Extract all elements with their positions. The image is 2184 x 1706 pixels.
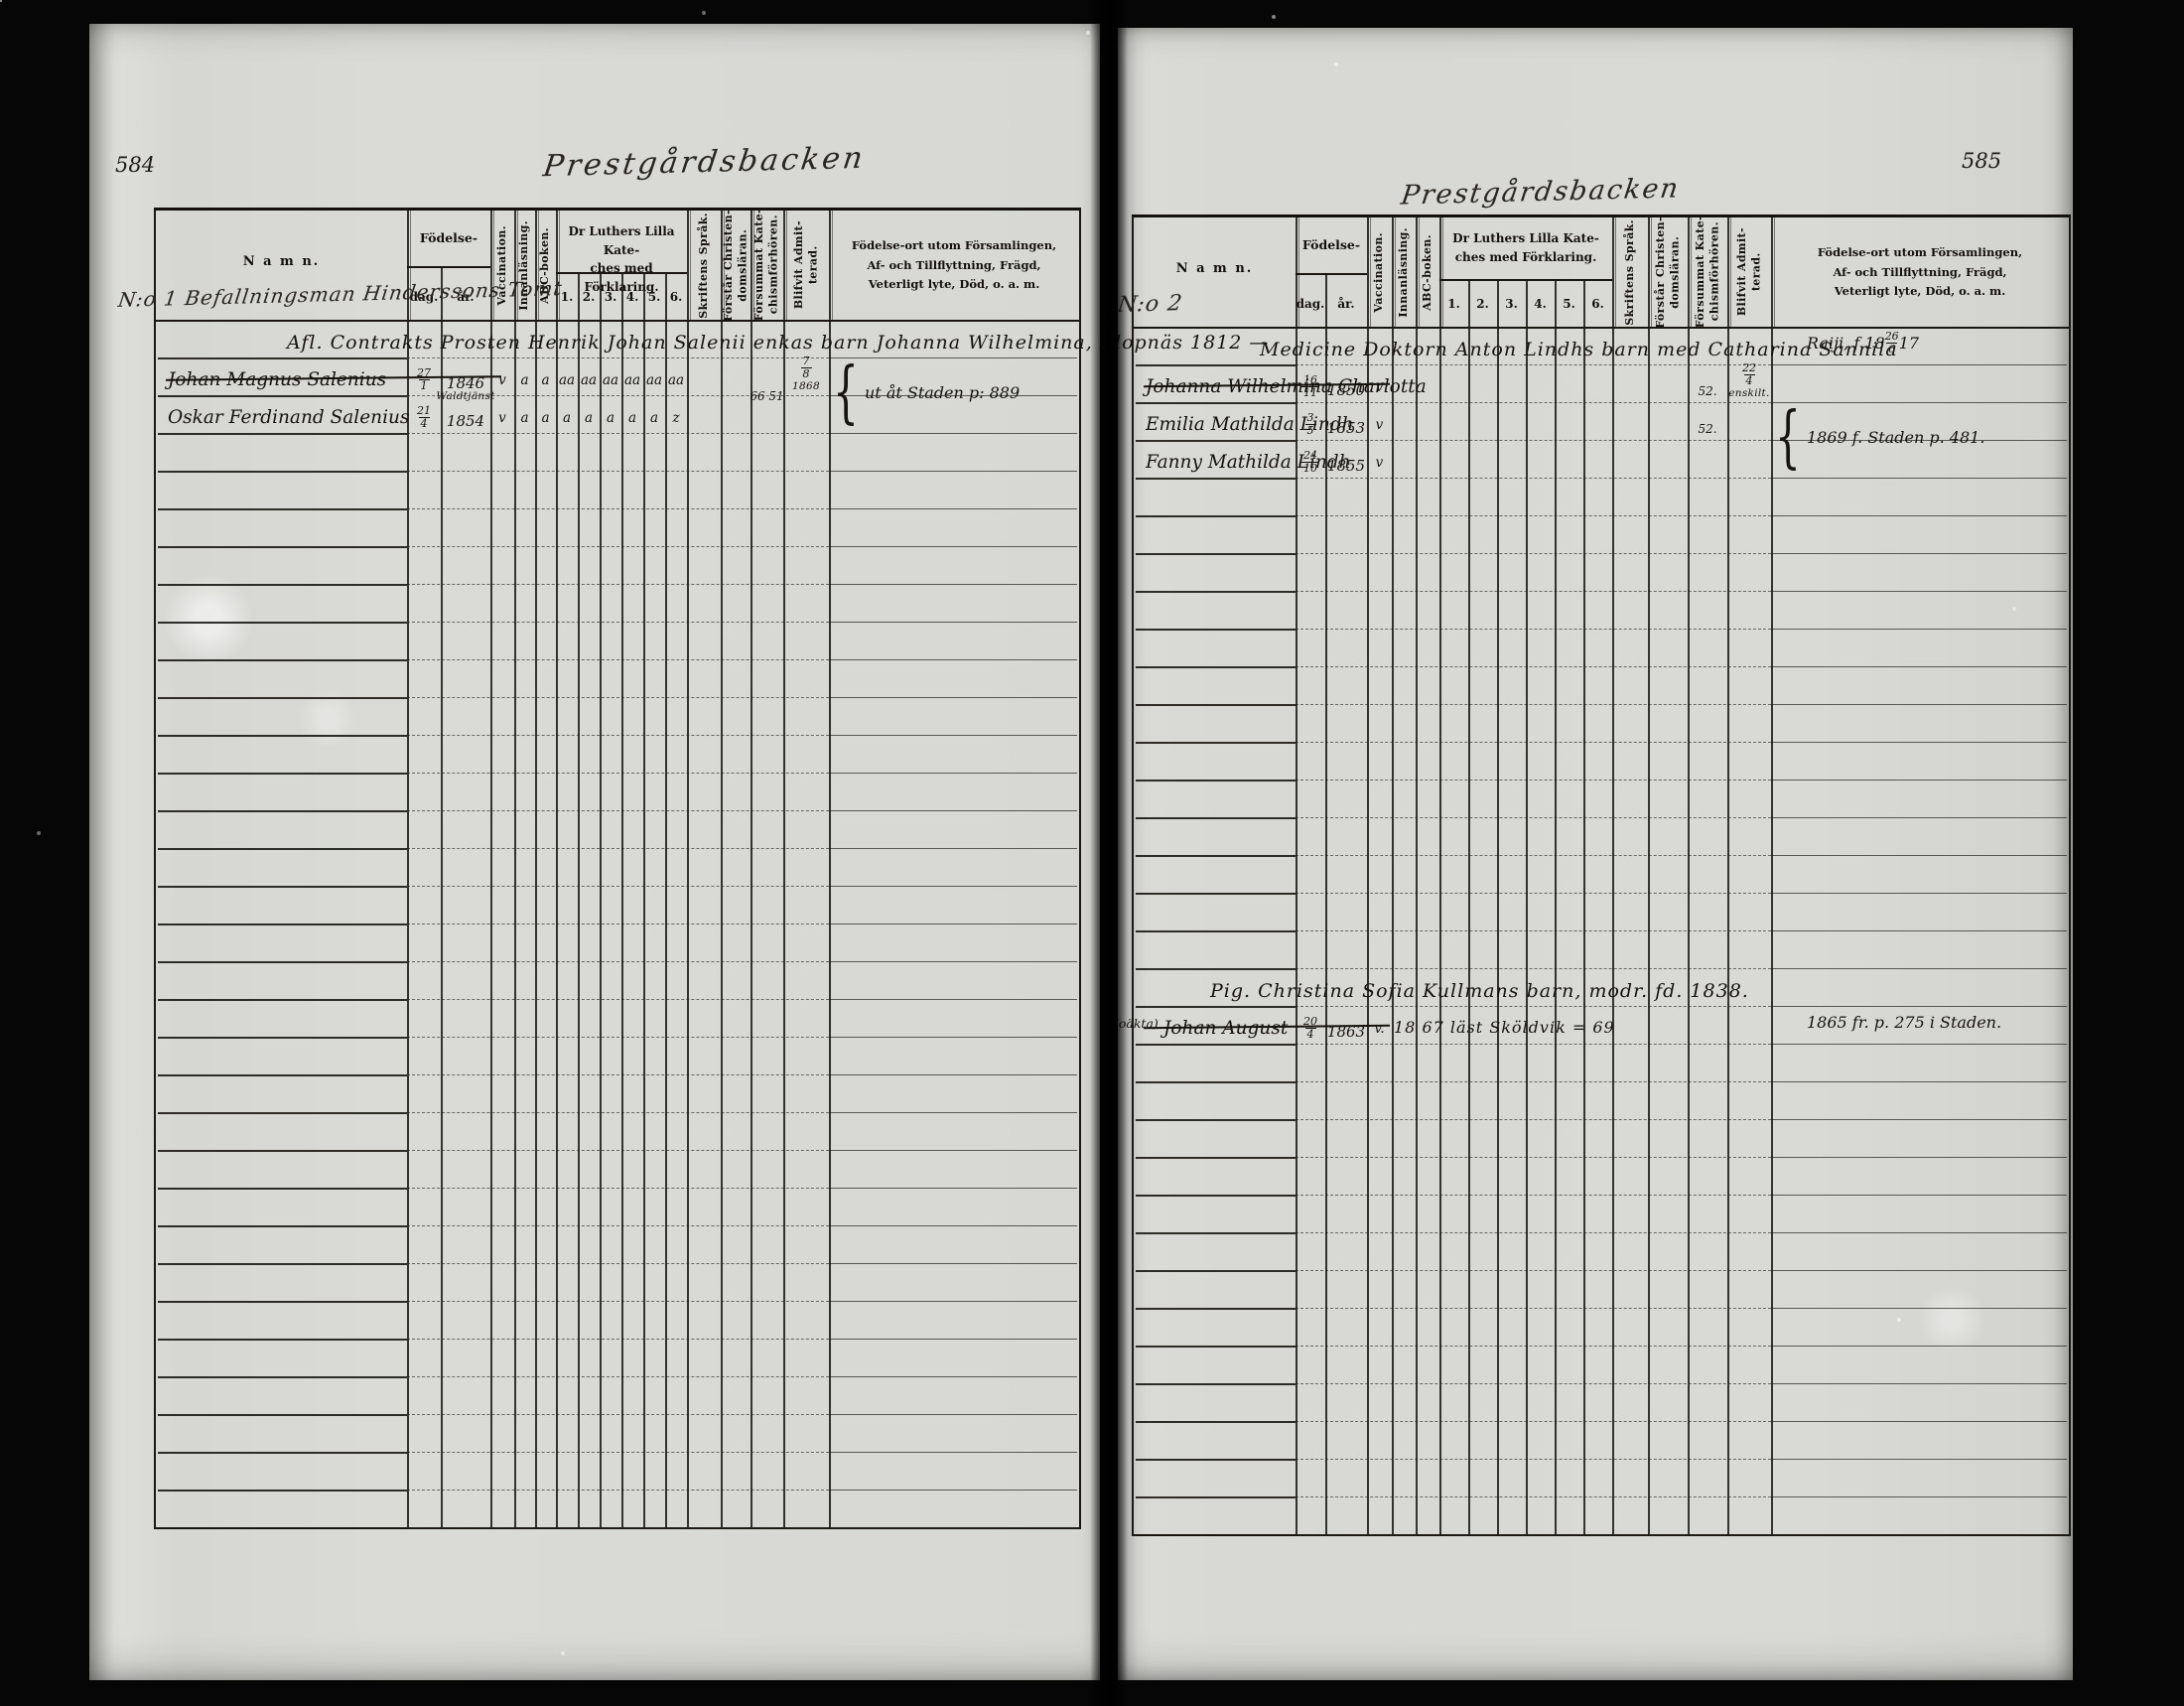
row-line [407,961,829,962]
row-line [407,735,829,736]
row-line [158,584,407,586]
column-line [535,211,537,1527]
row-line [407,1074,829,1075]
row-line [1136,440,1296,442]
row-line [407,1414,829,1415]
column-header-fodelse: Födelse- [1296,237,1367,252]
row-line [158,1150,407,1152]
column-header-k2: 2. [578,290,600,304]
column-header-k4: 4. [621,290,643,304]
row-line [1771,515,2067,516]
row-line [1771,1308,2067,1309]
column-header-skriftens-sprak: Skriftens Språk. [1612,219,1648,325]
row-line [407,810,829,811]
column-header-vaccination: Vaccination. [1367,219,1392,325]
row-line [1771,364,2067,365]
row-line [1136,629,1296,631]
column-line [556,211,558,1527]
header-rule [156,320,1079,322]
row-line [407,1037,829,1038]
column-line [1648,217,1650,1534]
row-line [1296,440,1771,441]
row-line [829,433,1077,434]
row-line [1296,1270,1771,1271]
row-line [407,999,829,1000]
row-line [829,1263,1077,1264]
row-line [1296,515,1771,516]
row-line [1771,1496,2067,1497]
row-line [1296,1232,1771,1233]
row-line [407,1225,829,1226]
handwritten-entry: a [578,395,600,433]
row-line [1771,893,2067,894]
row-line [1771,1081,2067,1082]
row-line [1771,1383,2067,1384]
row-line [1296,780,1771,781]
row-line [829,1301,1077,1302]
row-line [158,395,407,397]
register-table-left: N a m n.Födelse-dag.år.Vaccination.Innan… [154,208,1081,1529]
row-line [158,735,407,737]
row-line [1296,1081,1771,1082]
handwritten-entry: a [600,395,621,433]
column-header-forsummat-katechismforhoren: Försummat Kate-chismförhören. [1688,219,1727,325]
row-line [1771,1421,2067,1422]
row-line [1136,780,1296,782]
row-line [158,924,407,925]
row-line [1296,930,1771,931]
row-line [1136,817,1296,819]
column-header-vaccination: Vaccination. [490,213,514,318]
column-header-k6: 6. [665,290,687,304]
row-line [829,471,1077,472]
handwritten-entry: 2410 [1296,440,1325,478]
column-header-notes: Födelse-ort utom Församlingen,Af- och Ti… [1771,243,2069,302]
row-line [407,1150,829,1151]
handwritten-entry: Emilia Mathilda Lindh [1134,402,1296,440]
row-line [158,1188,407,1190]
row-line [1296,1044,1771,1045]
row-line [158,810,407,812]
row-line [1771,1006,2067,1007]
book-gutter [1090,0,1128,1706]
row-line [158,1225,407,1227]
row-line [829,1225,1077,1226]
row-line [407,848,829,849]
column-header-k3: 3. [1497,297,1526,311]
row-line [1296,704,1771,705]
row-line [1136,1195,1296,1197]
handwritten-entry: aa [578,357,600,395]
column-header-k6: 6. [1583,297,1612,311]
row-line [1771,855,2067,856]
row-line [407,659,829,660]
row-line [158,1414,407,1416]
row-line [1136,704,1296,706]
handwritten-entry: 52. [1688,374,1727,412]
row-line [1136,1006,1296,1008]
row-line [158,508,407,510]
row-line [1296,1534,1771,1535]
row-line [829,1150,1077,1151]
section-title-right-handwritten: Prestgårdsbacken [1399,173,1682,211]
row-line [407,433,829,434]
column-line [783,211,785,1527]
handwritten-entry: 52. [1688,412,1727,450]
row-line [1771,1232,2067,1233]
row-line [1136,1270,1296,1272]
row-line [1136,1496,1296,1498]
column-header-skriftens-sprak: Skriftens Språk. [687,213,721,318]
row-line [158,546,407,548]
row-line [1296,629,1771,630]
column-header-blifvit-admitterad: Blifvit Admit-terad. [783,213,829,318]
row-line [1136,742,1296,744]
row-line [1296,1346,1771,1347]
column-header-forsummat-katechismforhoren: Försummat Kate-chismförhören. [751,213,783,318]
strike-line [166,375,501,381]
row-line [829,1188,1077,1189]
row-line [407,697,829,698]
handwritten-entry: a [556,395,578,433]
row-line [829,1527,1077,1528]
handwritten-entry: 66 51 [751,379,783,417]
row-line [1136,515,1296,517]
row-line [1136,1119,1296,1121]
row-line [1136,1308,1296,1310]
row-line [158,1037,407,1039]
row-line [1771,402,2067,403]
column-line [687,211,689,1527]
row-line [1296,1496,1771,1497]
handwritten-entry: aa [556,357,578,395]
row-line [1136,666,1296,668]
handwritten-entry: aa [643,357,665,395]
row-line [1136,1157,1296,1159]
row-line [158,697,407,699]
row-line [407,508,829,509]
row-line [1136,1534,1296,1536]
row-line [1771,553,2067,554]
row-line [1771,1157,2067,1158]
column-header-forstar-christendomslaran: Förstår Christen-domsläran. [1648,219,1688,325]
row-line [407,886,829,887]
row-line [1771,629,2067,630]
row-line [1296,742,1771,743]
handwritten-entry: a [535,357,556,395]
row-line [407,773,829,774]
row-line [1296,1421,1771,1422]
column-header-k4: 4. [1526,297,1555,311]
row-line [158,961,407,963]
column-line [1771,217,1773,1534]
row-line [1296,1157,1771,1158]
column-header-k3: 3. [600,290,621,304]
strike-line [1144,383,1390,388]
row-line [158,433,407,435]
row-line [1771,591,2067,592]
header-rule [1134,327,2069,329]
row-line [158,1112,407,1114]
row-line [1136,364,1296,366]
row-line [158,1263,407,1265]
handwritten-entry: a [621,395,643,433]
column-line [1688,217,1690,1534]
row-line [1296,553,1771,554]
handwritten-entry: v [490,395,514,433]
row-line [407,1452,829,1453]
row-line [407,546,829,547]
strike-line [1144,1025,1390,1030]
row-line [1136,402,1296,404]
row-line [1296,1119,1771,1120]
row-line [829,886,1077,887]
row-line [1771,1534,2067,1535]
row-line [407,1188,829,1189]
row-line [829,1037,1077,1038]
row-line [158,1301,407,1303]
handwritten-entry: 224enskilt. [1727,364,1771,402]
column-header-namn: N a m n. [156,254,407,269]
row-line [407,1527,829,1528]
row-line [158,659,407,661]
row-line [1136,930,1296,932]
row-line [829,508,1077,509]
row-line [1771,1346,2067,1347]
right-page: 585 Prestgårdsbacken N:o 2 N a m n.Födel… [1118,28,2073,1680]
row-line [1136,1421,1296,1423]
handwritten-entry: 1853 [1325,402,1367,440]
row-line [1771,817,2067,818]
row-line [158,1452,407,1454]
row-line [1136,1081,1296,1083]
row-line [407,471,829,472]
column-header-kateches: Dr Luthers Lilla Kate-ches med Förklarin… [556,222,687,296]
row-line [158,1376,407,1378]
row-line [829,924,1077,924]
row-line [829,1376,1077,1377]
column-line [1439,217,1441,1534]
row-line [829,735,1077,736]
row-line [158,471,407,473]
column-header-k5: 5. [1555,297,1583,311]
column-header-dag: dag. [1296,297,1325,311]
row-line [407,622,829,623]
row-line [829,1339,1077,1340]
row-line [1136,968,1296,970]
row-line [1136,478,1296,480]
handwritten-entry: 1865 fr. p. 275 i Staden. [1771,1006,2069,1044]
row-line [829,1414,1077,1415]
column-line [751,211,752,1527]
row-line [158,1339,407,1341]
row-line [158,622,407,624]
row-line [1296,1308,1771,1309]
handwritten-entry: a [535,395,556,433]
column-line [514,211,516,1527]
row-line [407,924,829,924]
column-header-abc-boken: ABC-boken. [535,213,556,318]
row-line [829,1112,1077,1113]
row-line [1771,930,2067,931]
row-line [1296,1195,1771,1196]
row-line [1136,855,1296,857]
handwritten-entry: a [514,357,535,395]
row-line [407,1112,829,1113]
handwritten-entry: Oskar Ferdinand Salenius [156,395,407,433]
row-line [1296,893,1771,894]
handwritten-entry: 1855 [1325,440,1367,478]
column-header-blifvit-admitterad: Blifvit Admit-terad. [1727,219,1771,325]
handwritten-entry: Fanny Mathilda Lindh [1134,440,1296,478]
row-line [158,1074,407,1076]
row-line [829,584,1077,585]
row-line [1136,553,1296,555]
row-line [1136,1383,1296,1385]
row-line [1136,893,1296,895]
row-line [829,622,1077,623]
handwritten-entry: aa [621,357,643,395]
section-title-left-handwritten: Prestgårdsbacken [541,141,868,184]
page-number-left: 584 [115,153,155,177]
row-line [407,1339,829,1340]
fodelse-subrule [1296,273,1367,275]
row-line [1296,364,1771,365]
row-line [1296,666,1771,667]
handwritten-entry: 18 67 läst Sköldvik = 69 [1394,1006,1615,1044]
row-line [829,999,1077,1000]
column-line [1367,217,1369,1534]
handwritten-entry: aa [665,357,687,395]
column-header-innanlasning: Innanläsning. [514,213,535,318]
row-line [829,1490,1077,1491]
row-line [158,1490,407,1492]
row-line [829,848,1077,849]
row-line [829,810,1077,811]
row-line [829,961,1077,962]
row-line [829,773,1077,774]
row-line [407,1376,829,1377]
row-line [158,357,407,359]
row-line [1771,440,2067,441]
column-line [1612,217,1614,1534]
row-line [407,395,829,396]
row-line [1296,817,1771,818]
row-line [1296,1459,1771,1460]
column-header-namn: N a m n. [1134,261,1296,276]
row-line [829,659,1077,660]
row-line [1136,1346,1296,1348]
scan-speckles [0,0,2,2]
column-header-k2: 2. [1468,297,1497,311]
row-line [158,999,407,1001]
column-header-k1: 1. [1439,297,1468,311]
row-line [158,886,407,888]
column-header-ar: år. [1325,297,1367,311]
column-header-kateches: Dr Luthers Lilla Kate-ches med Förklarin… [1439,229,1612,266]
row-line [1771,704,2067,705]
column-line [490,211,492,1527]
row-line [1771,1459,2067,1460]
row-line [407,357,829,358]
row-line [1296,1006,1771,1007]
column-line [1727,217,1729,1534]
row-line [158,773,407,775]
row-line [158,848,407,850]
column-line [829,211,831,1527]
row-line [1136,1232,1296,1234]
row-line [829,357,1077,358]
row-line [829,546,1077,547]
row-line [1136,1044,1296,1046]
row-line [1771,968,2067,969]
row-line [1136,591,1296,593]
handwritten-entry: v [1367,440,1392,478]
row-line [1296,855,1771,856]
row-line [407,1263,829,1264]
row-line [1771,1195,2067,1196]
column-line [1416,217,1418,1534]
row-line [1296,402,1771,403]
handwritten-entry: v [1367,402,1392,440]
row-line [407,1301,829,1302]
column-header-fodelse: Födelse- [407,230,490,245]
row-line [158,1527,407,1529]
handwritten-entry: Pig. Christina Sofia Kullmans barn, modr… [1198,968,1749,1006]
handwritten-entry: z [665,395,687,433]
row-line [1771,780,2067,781]
row-line [829,1074,1077,1075]
row-line [1296,478,1771,479]
row-line [829,395,1077,396]
handwritten-entry: 214 [407,395,441,433]
handwritten-entry: Medicine Doktorn Anton Lindhs barn med C… [1248,327,1898,364]
row-line [1136,1459,1296,1461]
column-header-notes: Födelse-ort utom Församlingen,Af- och Ti… [829,236,1079,295]
scanned-register-spread: 584 Prestgårdsbacken N:o 1 Befallningsma… [0,0,2184,1706]
handwritten-entry: 1854 [441,395,490,433]
row-line [1296,591,1771,592]
row-line [1296,968,1771,969]
column-line [407,211,409,1527]
handwritten-entry: a [643,395,665,433]
column-header-forstar-christendomslaran: Förstår Christen-domsläran. [721,213,751,318]
column-header-abc-boken: ABC-boken. [1416,219,1439,325]
column-line [721,211,723,1527]
handwritten-entry: aa [600,357,621,395]
page-number-right: 585 [1962,149,2001,173]
column-header-innanlasning: Innanläsning. [1392,219,1416,325]
column-line [1296,217,1297,1534]
row-line [407,1490,829,1491]
row-line [1771,742,2067,743]
row-line [829,697,1077,698]
column-header-k5: 5. [643,290,665,304]
left-page: 584 Prestgårdsbacken N:o 1 Befallningsma… [89,24,1100,1680]
row-line [1296,1383,1771,1384]
row-line [829,1452,1077,1453]
handwritten-entry: Raiji, f 1826617 [1771,327,2069,364]
row-line [1771,478,2067,479]
row-line [1771,666,2067,667]
row-line [1771,1119,2067,1120]
row-line [1771,1270,2067,1271]
register-table-right: N a m n.Födelse-dag.år.Vaccination.Innan… [1132,214,2071,1536]
handwritten-entry: 35 [1296,402,1325,440]
handwritten-entry: a [514,395,535,433]
handwritten-entry: 781868 [783,357,829,395]
row-line [407,584,829,585]
